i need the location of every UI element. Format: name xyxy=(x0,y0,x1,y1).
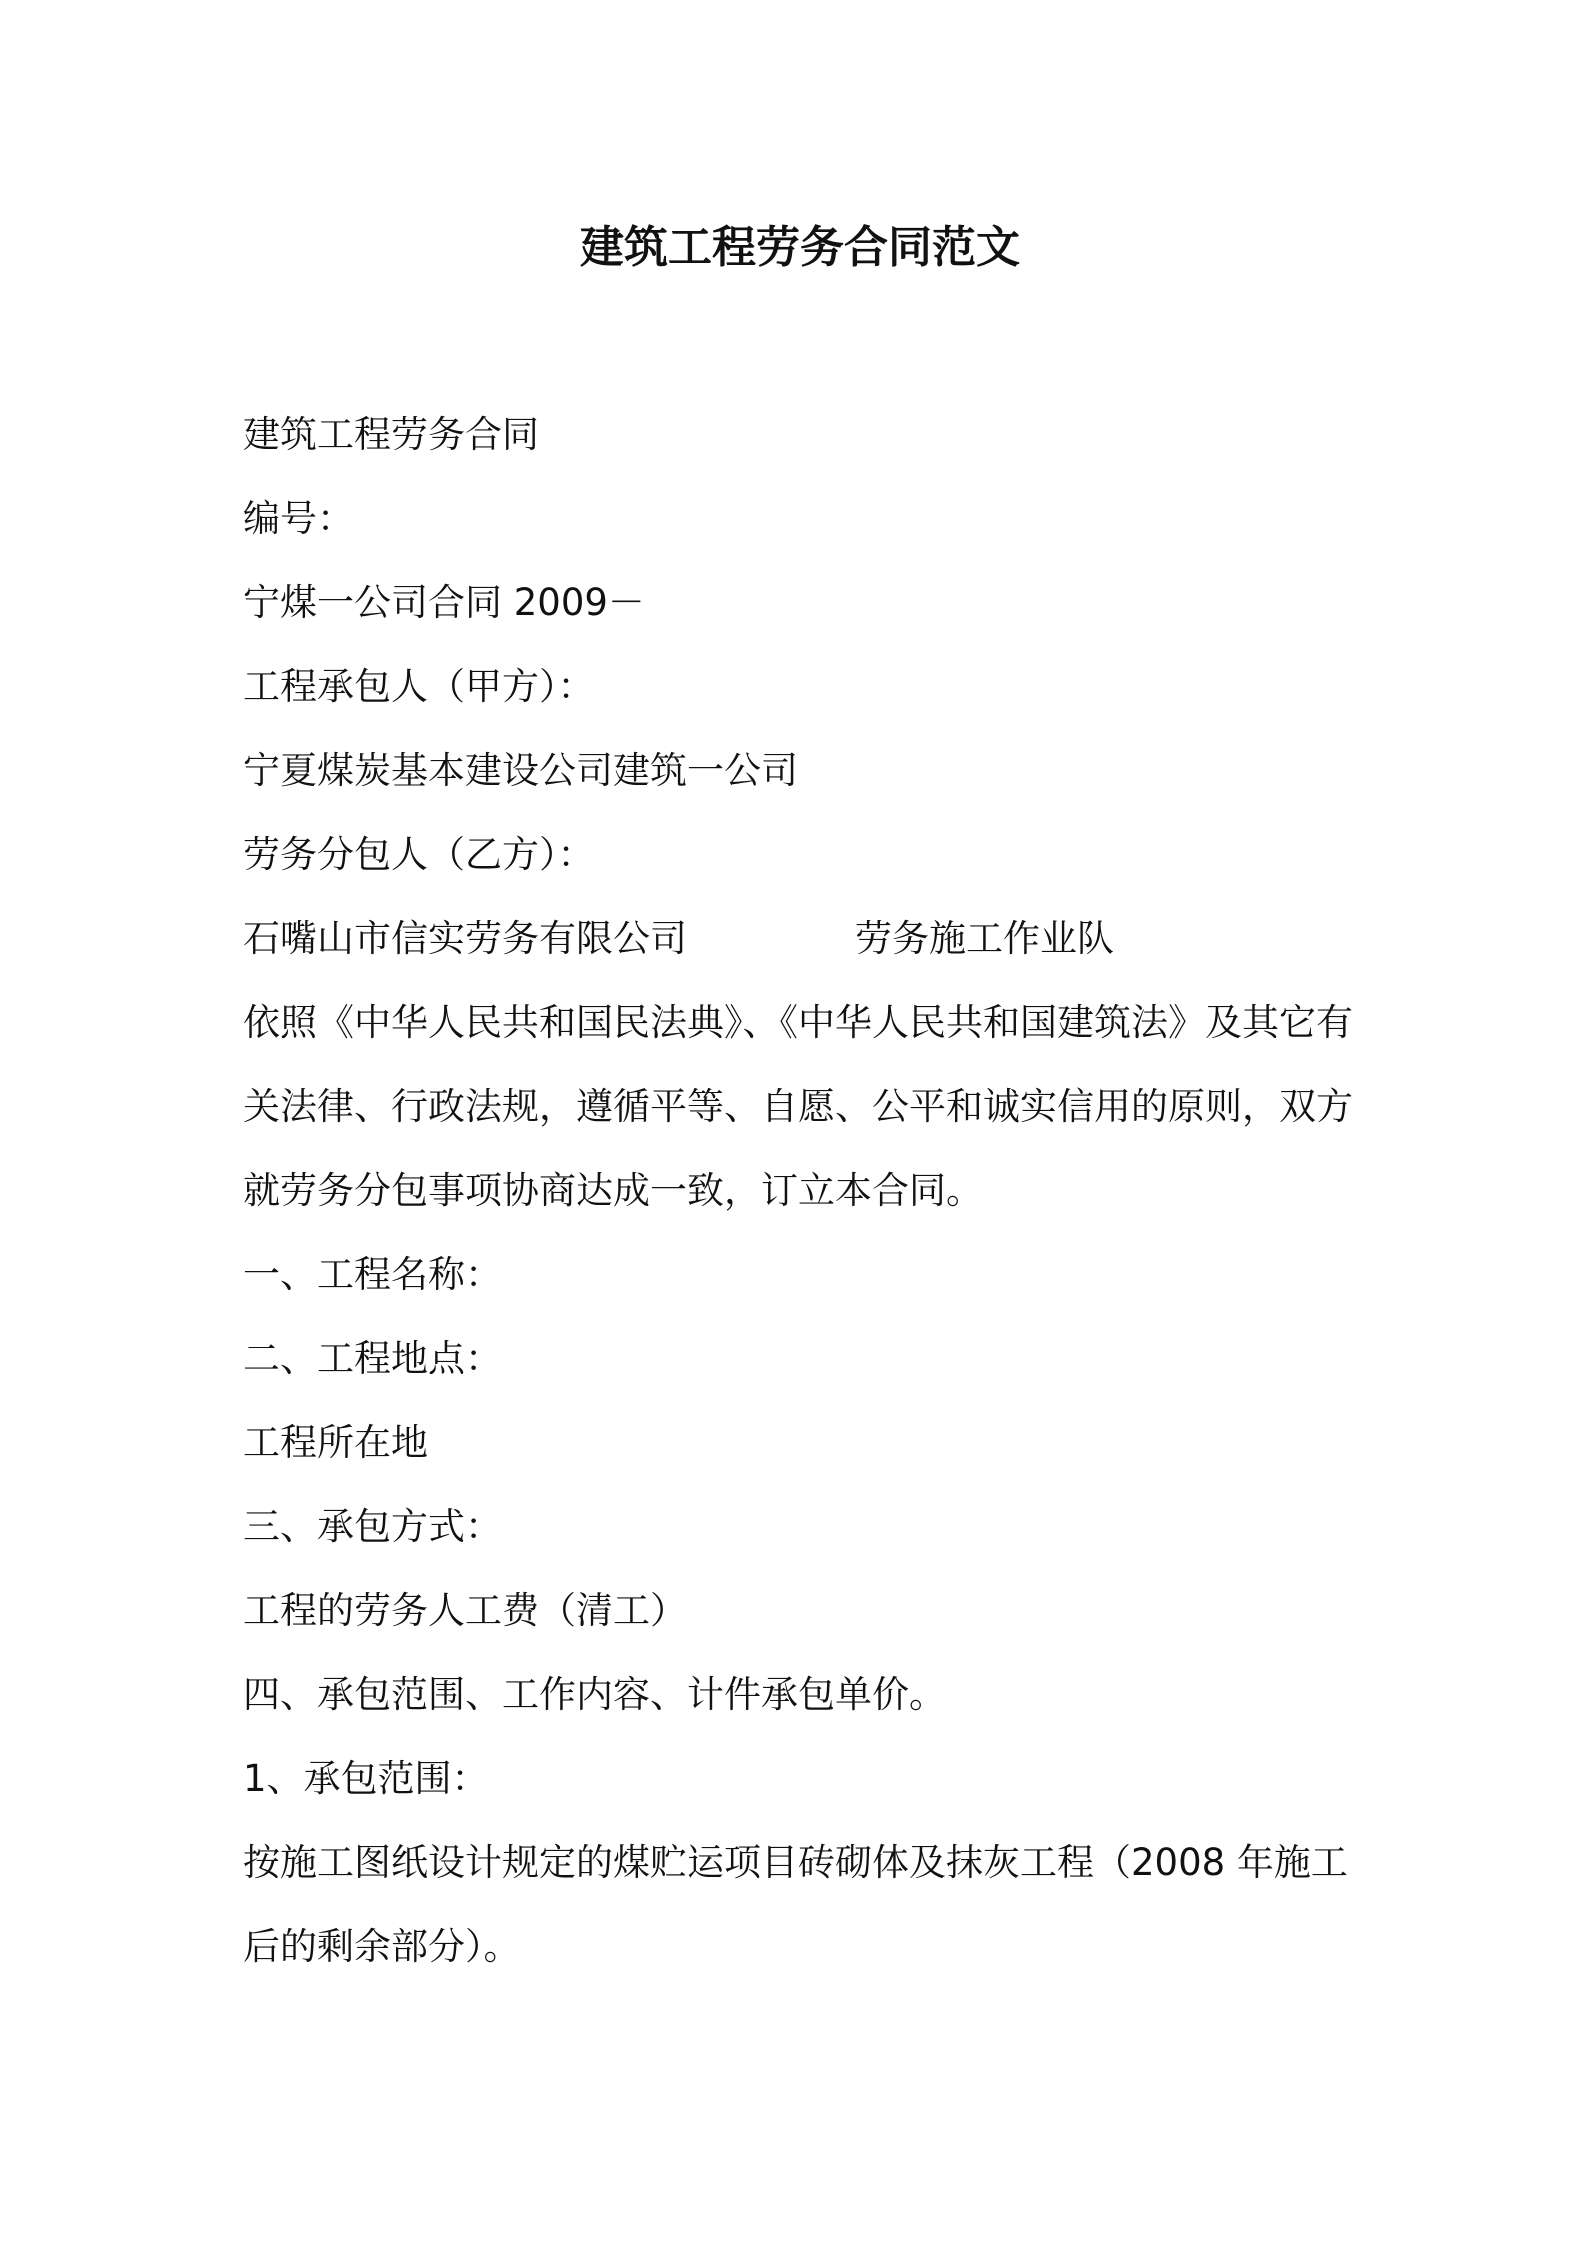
document-body: 建筑工程劳务合同 编号： 宁煤一公司合同 2009－ 工程承包人（甲方）： 宁夏… xyxy=(243,393,1353,1989)
party-b-label: 劳务分包人（乙方）： xyxy=(243,813,1353,897)
scope-line-2: 后的剩余部分）。 xyxy=(243,1905,1353,1989)
party-b-name-row: 石嘴山市信实劳务有限公司劳务施工作业队 xyxy=(243,897,1353,981)
contract-number-label: 编号： xyxy=(243,477,1353,561)
contract-number-value: 宁煤一公司合同 2009－ xyxy=(243,561,1353,645)
preamble-line-1: 依照《中华人民共和国民法典》、《中华人民共和国建筑法》及其它有 xyxy=(243,981,1353,1065)
party-a-name: 宁夏煤炭基本建设公司建筑一公司 xyxy=(243,729,1353,813)
preamble-line-3: 就劳务分包事项协商达成一致，订立本合同。 xyxy=(243,1149,1353,1233)
section-4-scope: 四、承包范围、工作内容、计件承包单价。 xyxy=(243,1653,1353,1737)
contract-heading: 建筑工程劳务合同 xyxy=(243,393,1353,477)
party-b-team: 劳务施工作业队 xyxy=(855,917,1114,960)
section-1-project-name: 一、工程名称： xyxy=(243,1233,1353,1317)
preamble-line-2: 关法律、行政法规，遵循平等、自愿、公平和诚实信用的原则，双方 xyxy=(243,1065,1353,1149)
party-b-company: 石嘴山市信实劳务有限公司 xyxy=(243,917,687,960)
scope-line-1: 按施工图纸设计规定的煤贮运项目砖砌体及抹灰工程（2008 年施工 xyxy=(243,1821,1353,1905)
project-location-value: 工程所在地 xyxy=(243,1401,1353,1485)
section-3-contract-method: 三、承包方式： xyxy=(243,1485,1353,1569)
document-title: 建筑工程劳务合同范文 xyxy=(0,218,1586,278)
document-page: 建筑工程劳务合同范文 建筑工程劳务合同 编号： 宁煤一公司合同 2009－ 工程… xyxy=(0,0,1586,2244)
subsection-1-scope: 1、承包范围： xyxy=(243,1737,1353,1821)
section-2-project-location: 二、工程地点： xyxy=(243,1317,1353,1401)
party-a-label: 工程承包人（甲方）： xyxy=(243,645,1353,729)
contract-method-value: 工程的劳务人工费（清工） xyxy=(243,1569,1353,1653)
